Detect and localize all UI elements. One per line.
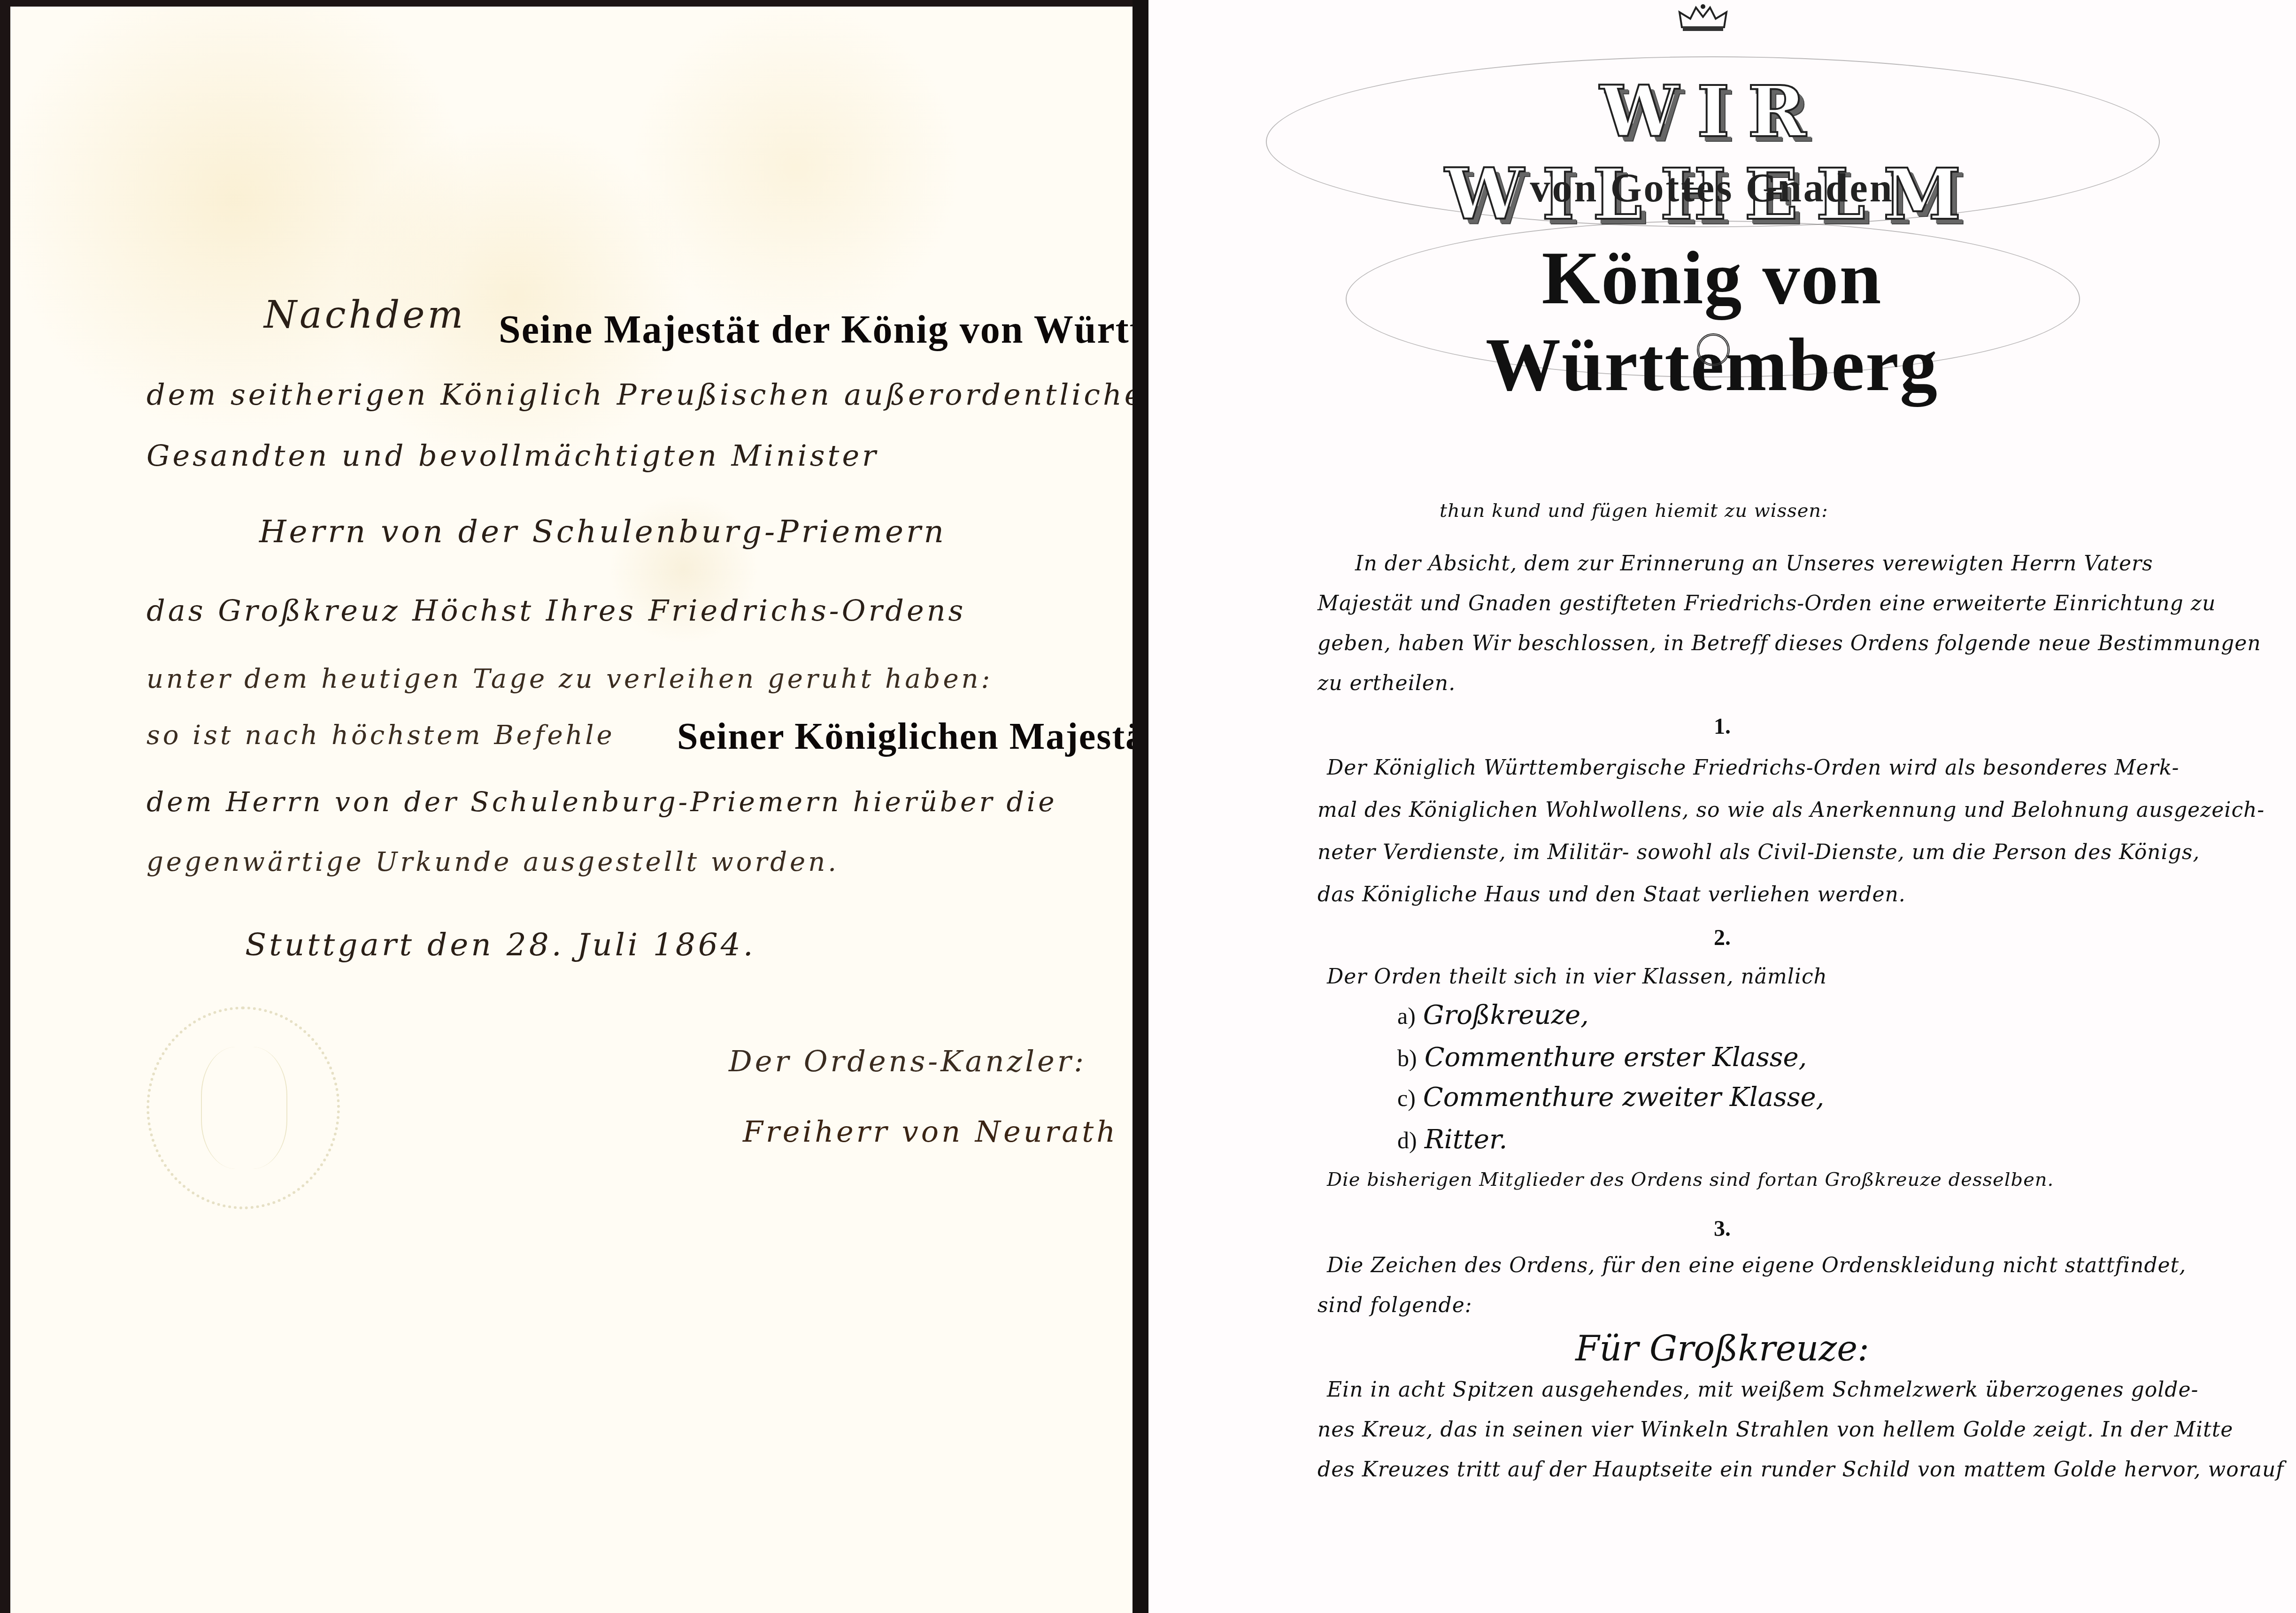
handwritten-certificate-page: Nachdem Seine Majestät der König von Wür… [10,7,1133,1613]
line-5: das Großkreuz Höchst Ihres Friedrichs-Or… [146,593,966,628]
line-7-script: so ist nach höchstem Befehle [146,720,615,751]
section-3-body-3: des Kreuzes tritt auf der Hauptseite ein… [1318,1458,2284,1482]
section-3-body-1: Ein in acht Spitzen ausgehendes, mit wei… [1327,1378,2198,1402]
line-7-fraktur: Seiner Königlichen Majestät [677,715,1159,758]
section-3-subheading: Für Großkreuze: [1148,1329,2296,1369]
signature-title: Der Ordens-Kanzler: [729,1044,1086,1078]
line-3: Gesandten und bevollmächtigten Minister [146,438,879,473]
section-1-line-1: Der Königlich Württembergische Friedrich… [1327,756,2179,780]
line-8: dem Herrn von der Schulenburg-Priemern h… [146,786,1057,818]
preamble-line-1: In der Absicht, dem zur Erinnerung an Un… [1355,552,2153,576]
class-item-a: a)Großkreuze, [1397,1000,1589,1030]
line-9: gegenwärtige Urkunde ausgestellt worden. [146,847,839,877]
section-1-line-4: das Königliche Haus und den Staat verlie… [1318,883,1906,906]
printed-statute-page: WIR WILHELM von Gottes Gnaden König von … [1148,0,2296,1613]
section-3-line-1: Die Zeichen des Ordens, für den eine eig… [1327,1253,2186,1277]
section-2-intro: Der Orden theilt sich in vier Klassen, n… [1327,965,1827,989]
page-divider [1133,0,1148,1613]
frame-border-left [0,0,10,1613]
embossed-seal-icon [146,1006,340,1209]
section-3-line-2: sind folgende: [1318,1293,1472,1317]
class-item-b: b)Commenthure erster Klasse, [1397,1042,1807,1073]
section-1-line-3: neter Verdienste, im Militär- sowohl als… [1318,840,2200,864]
header-king: König von Württemberg [1336,235,2088,408]
line-2: dem seitherigen Königlich Preußischen au… [146,377,1166,412]
line-1-script: Nachdem [264,293,466,337]
section-3-body-2: nes Kreuz, das in seinen vier Winkeln St… [1318,1418,2233,1442]
class-item-c: c)Commenthure zweiter Klasse, [1397,1082,1824,1113]
section-2-number: 2. [1148,925,2296,951]
signature-name: Freiherr von Neurath [743,1114,1118,1149]
preamble-line-3: geben, haben Wir beschlossen, in Betreff… [1318,631,2261,655]
class-item-d: d)Ritter. [1397,1124,1507,1155]
preamble-line-4: zu ertheilen. [1318,671,1456,695]
place-date: Stuttgart den 28. Juli 1864. [245,927,756,963]
section-1-line-2: mal des Königlichen Wohlwollens, so wie … [1318,798,2265,822]
intro-line: thun kund und fügen hiemit zu wissen: [1440,500,1828,522]
crown-icon [1677,4,1729,32]
line-4: Herrn von der Schulenburg-Priemern [259,514,947,550]
section-1-number: 1. [1148,714,2296,739]
preamble-line-2: Majestät und Gnaden gestifteten Friedric… [1318,591,2216,615]
rosette-ornament-icon [1697,333,1730,366]
section-3-number: 3. [1148,1216,2296,1242]
frame-border-top [0,0,1146,7]
header-subtitle: von Gottes Gnaden [1336,164,2088,211]
section-2-note: Die bisherigen Mitglieder des Ordens sin… [1327,1169,2054,1191]
line-6: unter dem heutigen Tage zu verleihen ger… [146,664,993,694]
